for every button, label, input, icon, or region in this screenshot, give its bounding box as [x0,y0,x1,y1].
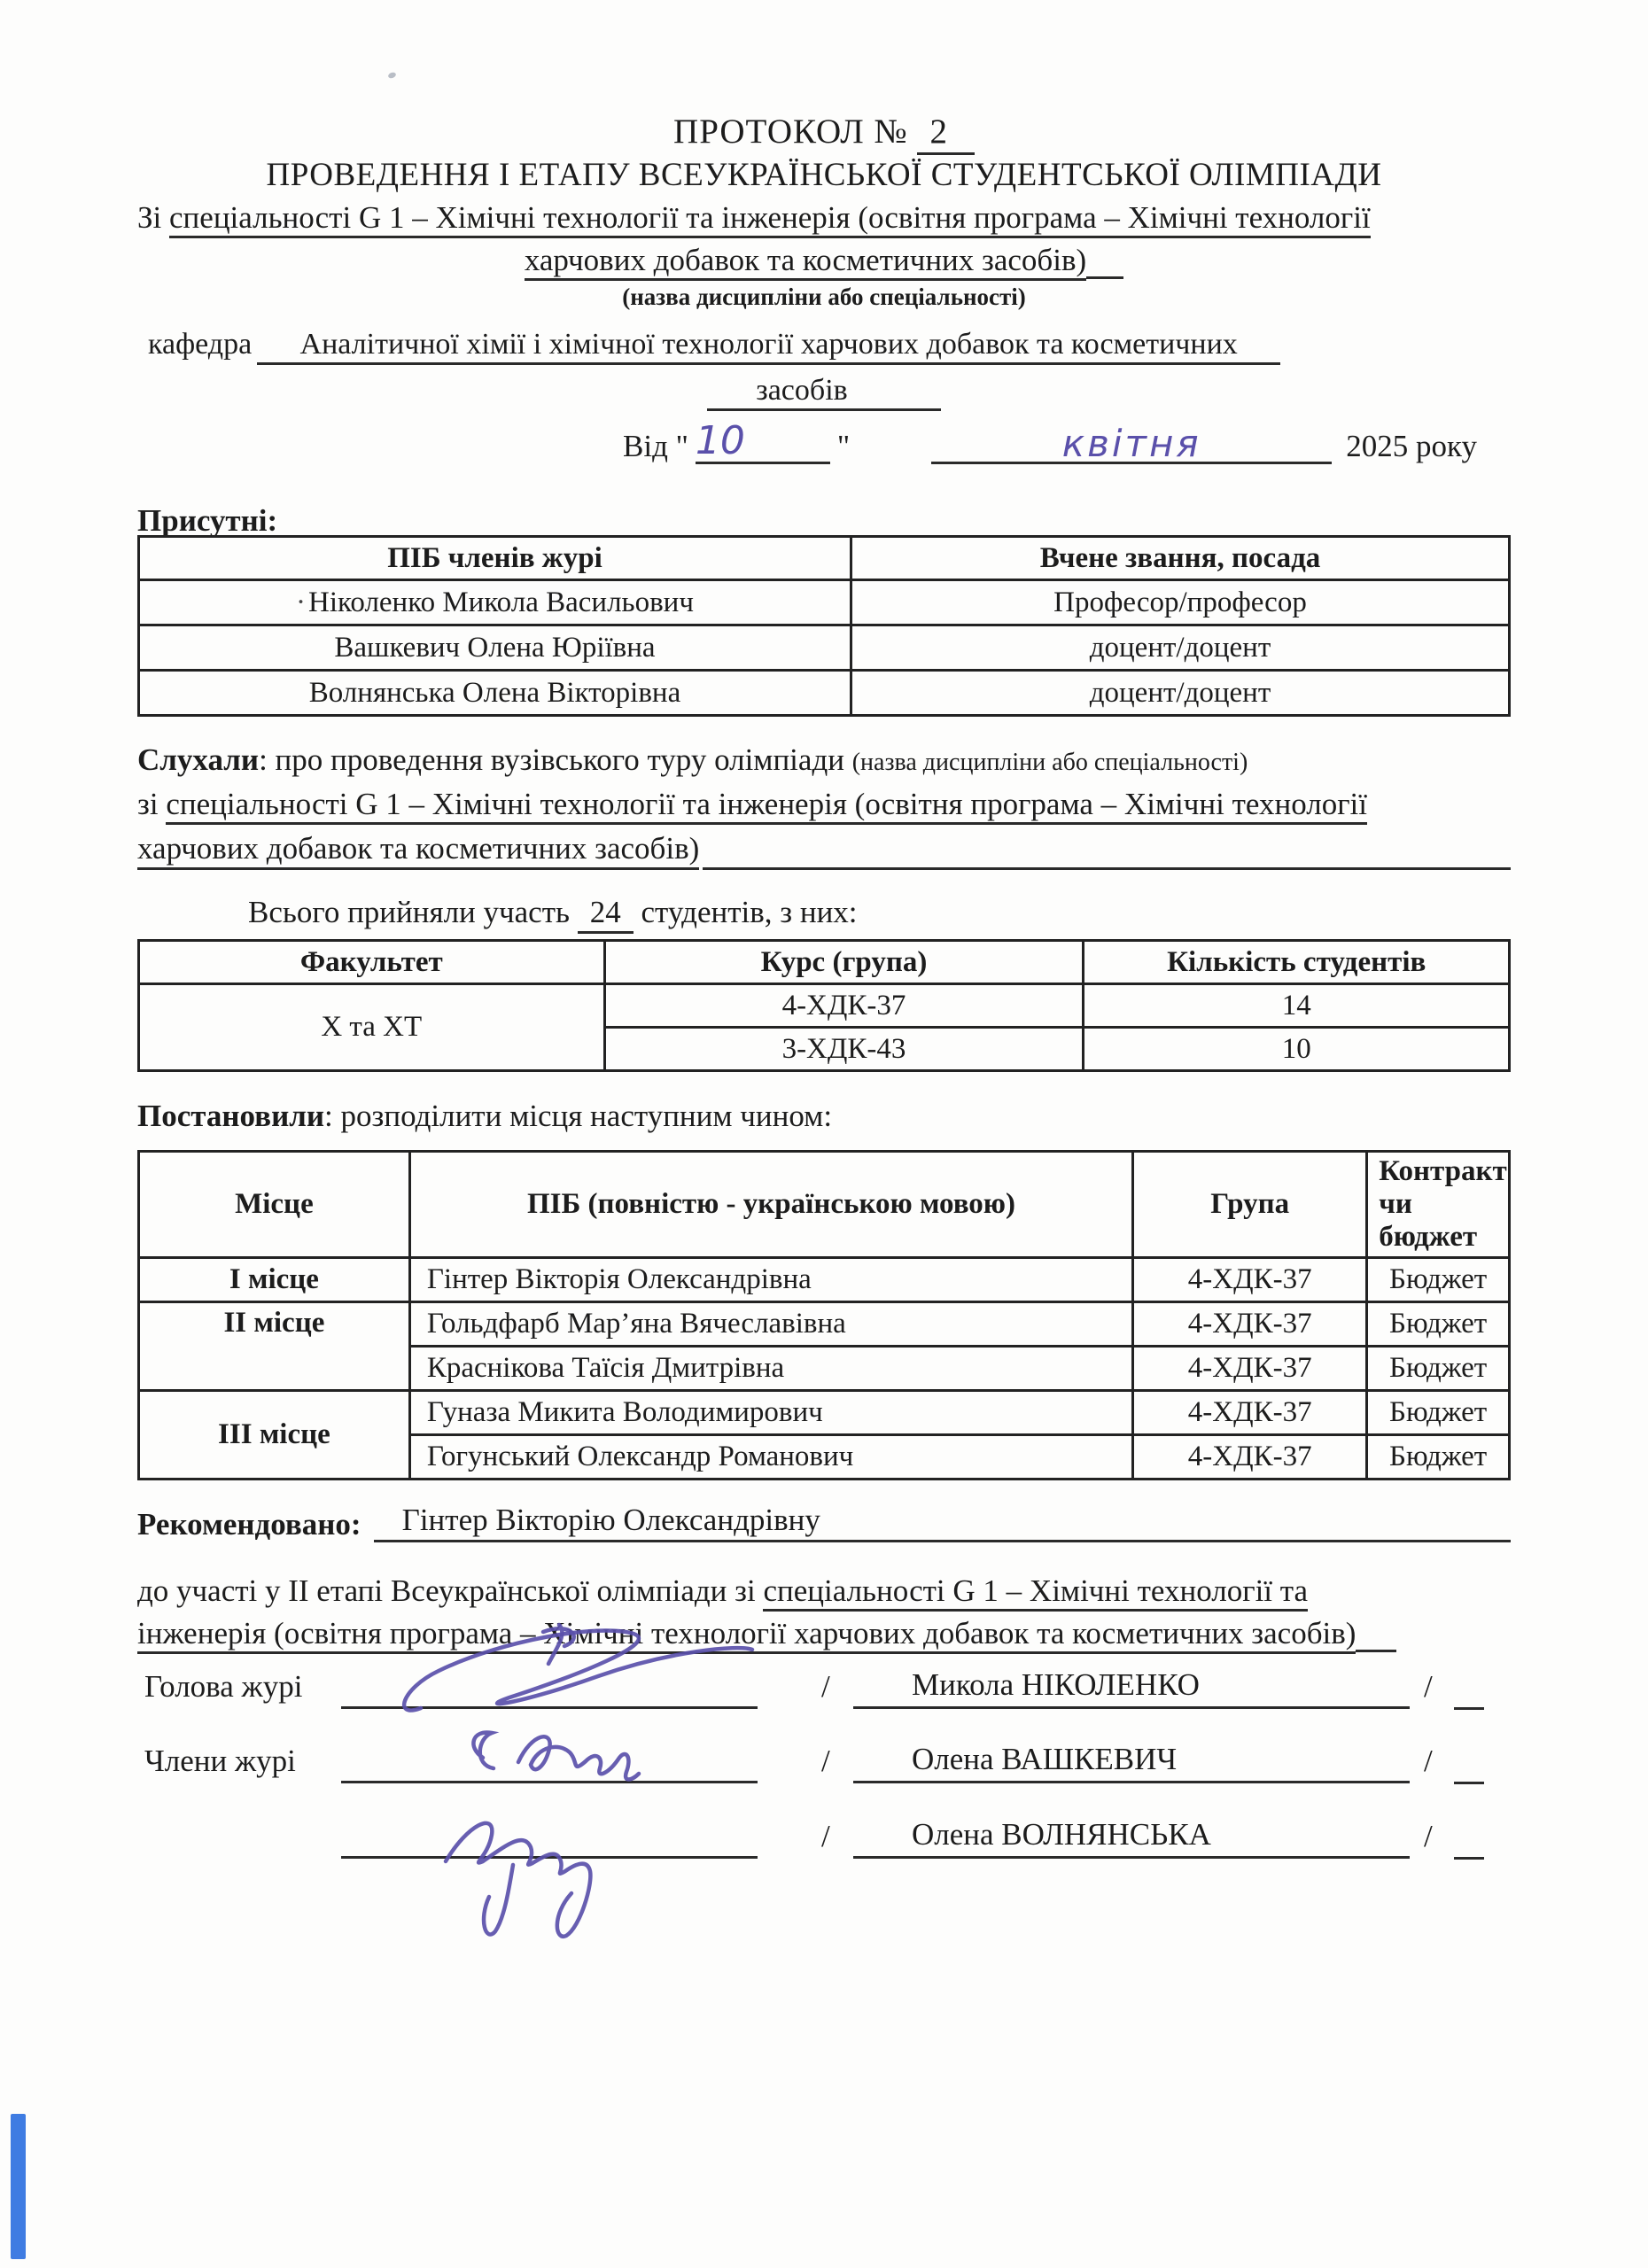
present-label: Присутні: [137,503,1511,539]
recommended-underlined-1: спеціальності G 1 – Хімічні технології т… [763,1573,1308,1612]
table-row: Волнянська Олена Вікторівна доцент/доцен… [139,671,1510,716]
date-quote-close: " [837,429,850,464]
recommended-name: Гінтер Вікторію Олександрівну [374,1503,1511,1542]
scan-speck [387,72,397,80]
signature-volnianska [428,1785,658,1943]
group-header: Група [1133,1152,1367,1258]
faculty-name: Х та ХТ [139,984,605,1071]
specialty-intro: Зі [137,200,161,235]
signature-row-member-1: Члени журі / Олена ВАШКЕВИЧ / [137,1740,1511,1781]
date-year: 2025 року [1346,429,1477,464]
signature-line [341,1666,758,1709]
participation-prefix: Всього прийняли участь [248,895,570,929]
signature-row-member-2: / Олена ВОЛНЯНСЬКА / [137,1815,1511,1856]
recommended-line-3: інженерія (освітня програма – Хімічні те… [137,1616,1511,1652]
jury-name: Волнянська Олена Вікторівна [139,671,851,716]
jury-table: ПІБ членів журі Вчене звання, посада Нік… [137,535,1511,717]
head-of-jury-label: Голова журі [144,1669,302,1705]
heard-underlined-2: харчових добавок та косметичних засобів) [137,831,699,870]
table-header-row: ПІБ членів журі Вчене звання, посада [139,537,1510,580]
jury-header-title: Вчене звання, посада [851,537,1509,580]
date-month-handwritten: квітня [931,426,1332,464]
blank-underline [1454,1698,1484,1710]
signature-nikolenko [366,1619,756,1722]
date-day-field: 10 [696,425,830,464]
jury-title: доцент/доцент [851,671,1509,716]
department-line-2: засобів [137,374,1511,411]
heard-text: : про проведення вузівського туру олімпі… [259,742,852,777]
recommended-plain: до участі у ІІ етапі Всеукраїнської олім… [137,1573,763,1608]
jury-name: Вашкевич Олена Юріївна [139,625,851,671]
slash-mark: / [821,1819,830,1854]
signature-name-field: Микола НІКОЛЕНКО [853,1666,1410,1709]
jury-title: Професор/професор [851,580,1509,625]
date-day-handwritten: 10 [696,418,745,463]
specialty-line-1: Зі спеціальності G 1 – Хімічні технологі… [137,200,1511,236]
table-header-row: Факультет Курс (група) Кількість студент… [139,941,1510,984]
department-line-1: кафедра Аналітичної хімії і хімічної тех… [137,328,1511,365]
participation-count: 24 [578,895,634,934]
students-header: Кількість студентів [1084,941,1510,984]
jury-members-label: Члени журі [144,1744,296,1779]
group-cell: 3-ХДК-43 [604,1028,1084,1071]
specialty-underlined-2: харчових добавок та косметичних засобів) [525,243,1086,281]
slash-mark: / [1424,1744,1433,1779]
signature-vashkevych [455,1720,649,1795]
jury-name: Ніколенко Микола Васильович [139,580,851,625]
slash-mark: / [821,1669,830,1705]
table-row: І місце Гінтер Вікторія Олександрівна 4-… [139,1258,1510,1302]
resolved-label: Постановили [137,1099,324,1133]
student-name: Гуназа Микита Володимирович [409,1391,1132,1435]
recommended-line-2: до участі у ІІ етапі Всеукраїнської олім… [137,1573,1511,1609]
specialty-underlined-1: спеціальності G 1 – Хімічні технології т… [169,200,1371,238]
date-line: Від " 10 " квітня 2025 року [137,425,1511,464]
funding-cell: Бюджет [1367,1347,1510,1391]
scan-edge-artifact [11,2114,26,2259]
protocol-label: ПРОТОКОЛ № [673,113,908,151]
resolved-text: : розподілити місця наступним чином: [324,1099,832,1133]
department-label: кафедра [137,328,252,365]
group-cell: 4-ХДК-37 [1133,1347,1367,1391]
group-cell: 4-ХДК-37 [1133,1302,1367,1347]
funding-header: Контракт чи бюджет [1367,1152,1510,1258]
table-row: Х та ХТ 4-ХДК-37 14 [139,984,1510,1028]
student-name: Краснікова Таїсія Дмитрівна [409,1347,1132,1391]
blank-underline [1086,246,1123,279]
signatory-name: Микола НІКОЛЕНКО [912,1667,1200,1703]
funding-cell: Бюджет [1367,1258,1510,1302]
group-cell: 4-ХДК-37 [1133,1435,1367,1480]
funding-cell: Бюджет [1367,1302,1510,1347]
name-header: ПІБ (повністю - українською мовою) [409,1152,1132,1258]
group-cell: 4-ХДК-37 [1133,1391,1367,1435]
jury-title: доцент/доцент [851,625,1509,671]
heard-line-1: Слухали: про проведення вузівського туру… [137,742,1511,778]
jury-header-name: ПІБ членів журі [139,537,851,580]
table-row: ІІ місце Гольдфарб Мар’яна Вячеславівна … [139,1302,1510,1347]
table-row: ІІІ місце Гуназа Микита Володимирович 4-… [139,1391,1510,1435]
signature-line [341,1815,758,1859]
place-cell: ІІІ місце [139,1391,410,1480]
table-header-row: Місце ПІБ (повністю - українською мовою)… [139,1152,1510,1258]
funding-cell: Бюджет [1367,1435,1510,1480]
place-cell: ІІ місце [139,1302,410,1391]
student-name: Гольдфарб Мар’яна Вячеславівна [409,1302,1132,1347]
faculty-header: Факультет [139,941,605,984]
page-title: ПРОТОКОЛ № 2 [137,112,1511,155]
participation-suffix: студентів, з них: [641,895,857,929]
slash-mark: / [1424,1669,1433,1705]
students-cell: 14 [1084,984,1510,1028]
faculty-table: Факультет Курс (група) Кількість студент… [137,939,1511,1072]
department-value-1: Аналітичної хімії і хімічної технології … [257,328,1280,365]
course-header: Курс (група) [604,941,1084,984]
table-row: Вашкевич Олена Юріївна доцент/доцент [139,625,1510,671]
place-header: Місце [139,1152,410,1258]
resolved-line: Постановили: розподілити місця наступним… [137,1099,1511,1134]
specialty-line-2: харчових добавок та косметичних засобів) [137,243,1511,279]
slash-mark: / [821,1744,830,1779]
table-row: Ніколенко Микола Васильович Професор/про… [139,580,1510,625]
heard-line-2: зі спеціальності G 1 – Хімічні технологі… [137,787,1511,822]
signature-name-field: Олена ВАШКЕВИЧ [853,1740,1410,1783]
signature-line [341,1740,758,1783]
heard-prefix: зі [137,787,159,821]
funding-cell: Бюджет [1367,1391,1510,1435]
signatory-name: Олена ВАШКЕВИЧ [912,1742,1177,1777]
heard-underlined-1: спеціальності G 1 – Хімічні технології т… [166,787,1367,825]
participation-line: Всього прийняли участь 24 студентів, з н… [137,895,1621,934]
heard-label: Слухали [137,742,259,777]
signature-row-head: Голова журі / Микола НІКОЛЕНКО / [137,1666,1511,1706]
students-cell: 10 [1084,1028,1510,1071]
student-name: Гогунський Олександр Романович [409,1435,1132,1480]
places-table: Місце ПІБ (повністю - українською мовою)… [137,1150,1511,1480]
department-value-2: засобів [707,374,941,411]
heard-note: (назва дисципліни або спеціальності) [852,749,1248,776]
signature-name-field: Олена ВОЛНЯНСЬКА [853,1815,1410,1859]
specialty-caption: (назва дисципліни або спеціальності) [137,283,1511,311]
blank-underline [1454,1848,1484,1860]
date-prefix: Від " [623,429,688,464]
heard-line-3: харчових добавок та косметичних засобів) [137,831,1511,870]
protocol-number: 2 [917,112,975,155]
signatory-name: Олена ВОЛНЯНСЬКА [912,1817,1211,1852]
recommended-label: Рекомендовано: [137,1507,361,1542]
blank-underline [703,831,1511,870]
blank-underline [1454,1773,1484,1784]
student-name: Гінтер Вікторія Олександрівна [409,1258,1132,1302]
page-subtitle: ПРОВЕДЕННЯ І ЕТАПУ ВСЕУКРАЇНСЬКОЇ СТУДЕН… [137,156,1511,194]
group-cell: 4-ХДК-37 [1133,1258,1367,1302]
scanned-protocol-document: ПРОТОКОЛ № 2 ПРОВЕДЕННЯ І ЕТАПУ ВСЕУКРАЇ… [0,0,1648,2268]
blank-underline [1356,1619,1396,1652]
group-cell: 4-ХДК-37 [604,984,1084,1028]
place-cell: І місце [139,1258,410,1302]
slash-mark: / [1424,1819,1433,1854]
recommended-line-1: Рекомендовано: Гінтер Вікторію Олександр… [137,1503,1511,1542]
